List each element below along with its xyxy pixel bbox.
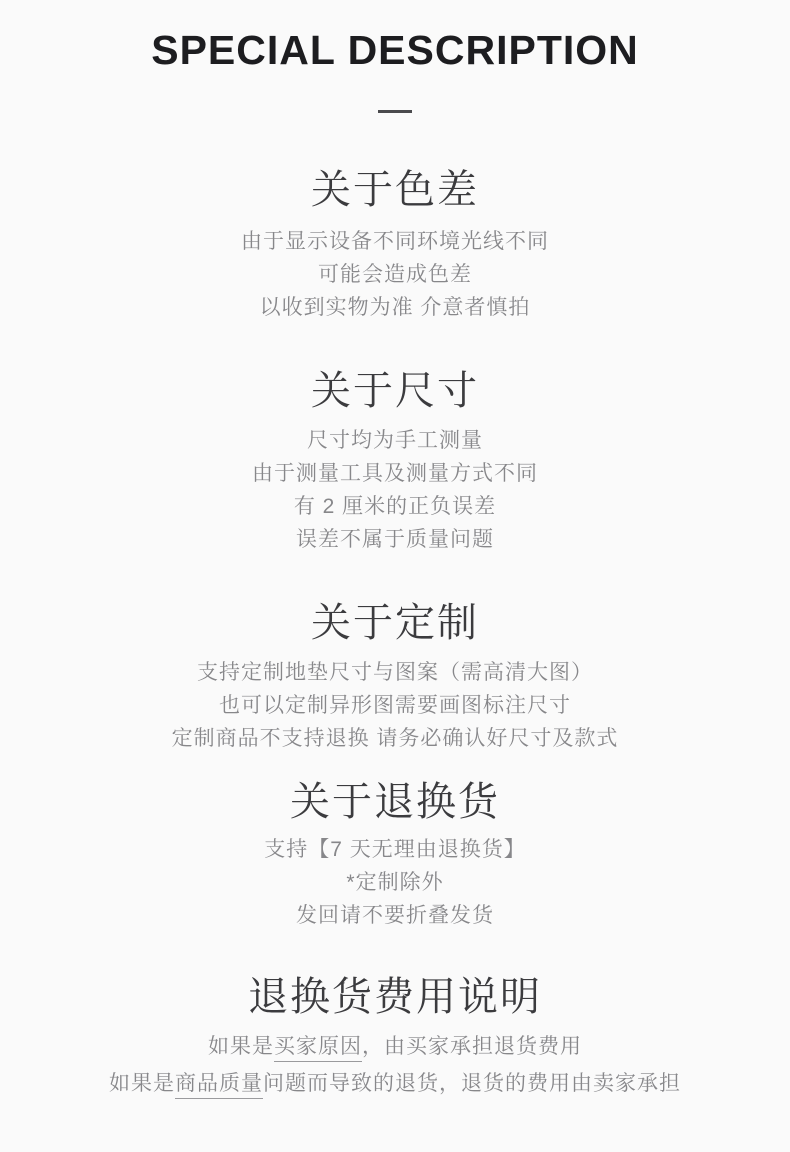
- section-body-return-fees: 如果是买家原因，由买家承担退货费用 如果是商品质量问题而导致的退货，退货的费用由…: [0, 1028, 790, 1102]
- section-heading-customization: 关于定制: [0, 598, 790, 648]
- page-title: SPECIAL DESCRIPTION: [0, 0, 790, 75]
- section-body-size: 尺寸均为手工测量 由于测量工具及测量方式不同 有 2 厘米的正负误差 误差不属于…: [0, 424, 790, 556]
- line-suffix: 问题而导致的退货，退货的费用由卖家承担: [263, 1072, 681, 1095]
- section-heading-size: 关于尺寸: [0, 366, 790, 416]
- product-description-page: SPECIAL DESCRIPTION 关于色差 由于显示设备不同环境光线不同 …: [0, 0, 790, 1152]
- body-line: 由于测量工具及测量方式不同: [0, 457, 790, 490]
- body-line: *定制除外: [0, 866, 790, 899]
- body-line: 有 2 厘米的正负误差: [0, 490, 790, 523]
- body-line: 以收到实物为准 介意者慎拍: [0, 291, 790, 324]
- body-line: 发回请不要折叠发货: [0, 899, 790, 932]
- section-body-returns: 支持【7 天无理由退换货】 *定制除外 发回请不要折叠发货: [0, 833, 790, 932]
- section-heading-color-difference: 关于色差: [0, 165, 790, 215]
- underlined-phrase-product-quality: 商品质量: [175, 1072, 263, 1099]
- body-line: 如果是商品质量问题而导致的退货，退货的费用由卖家承担: [0, 1065, 790, 1102]
- section-heading-return-fees: 退换货费用说明: [0, 972, 790, 1022]
- underlined-phrase-buyer-reason: 买家原因: [274, 1035, 362, 1062]
- line-suffix: ，由买家承担退货费用: [362, 1035, 582, 1058]
- body-line: 如果是买家原因，由买家承担退货费用: [0, 1028, 790, 1065]
- line-prefix: 如果是: [109, 1072, 175, 1095]
- title-divider-dash: [378, 110, 412, 113]
- body-line: 支持【7 天无理由退换货】: [0, 833, 790, 866]
- line-prefix: 如果是: [208, 1035, 274, 1058]
- body-line: 可能会造成色差: [0, 258, 790, 291]
- section-heading-returns: 关于退换货: [0, 777, 790, 827]
- body-line: 尺寸均为手工测量: [0, 424, 790, 457]
- body-line: 定制商品不支持退换 请务必确认好尺寸及款式: [0, 722, 790, 755]
- section-body-color-difference: 由于显示设备不同环境光线不同 可能会造成色差 以收到实物为准 介意者慎拍: [0, 225, 790, 324]
- body-line: 也可以定制异形图需要画图标注尺寸: [0, 689, 790, 722]
- section-body-customization: 支持定制地垫尺寸与图案（需高清大图） 也可以定制异形图需要画图标注尺寸 定制商品…: [0, 656, 790, 755]
- body-line: 支持定制地垫尺寸与图案（需高清大图）: [0, 656, 790, 689]
- body-line: 误差不属于质量问题: [0, 523, 790, 556]
- body-line: 由于显示设备不同环境光线不同: [0, 225, 790, 258]
